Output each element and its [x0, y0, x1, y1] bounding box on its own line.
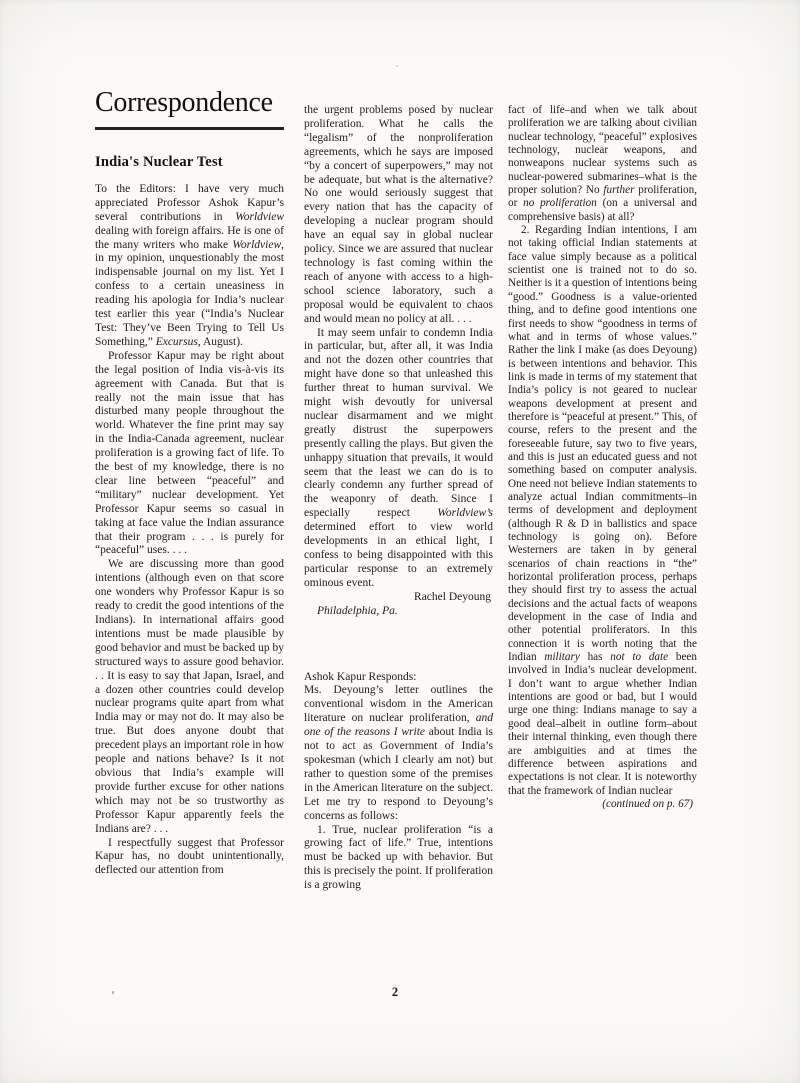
scan-artifact — [396, 65, 398, 67]
signature-name: Rachel Deyoung — [304, 591, 493, 605]
response-paragraph: Ms. Deyoung’s letter outlines the conven… — [304, 684, 493, 823]
section-title: Correspondence — [95, 88, 284, 118]
signature-place: Philadelphia, Pa. — [304, 605, 493, 619]
continued-note: (continued on p. 67) — [508, 798, 697, 811]
column-2: the urgent problems posed by nuclear pro… — [304, 104, 493, 988]
letter-paragraph: the urgent problems posed by nuclear pro… — [304, 104, 493, 327]
masthead-rule — [95, 127, 284, 130]
letter-paragraph: We are discussing more than good intenti… — [95, 558, 284, 836]
column-1: Correspondence India's Nuclear Test To t… — [95, 88, 284, 980]
letter-paragraph: I respectfully suggest that Professor Ka… — [95, 837, 284, 879]
letter-paragraph: Professor Kapur may be right about the l… — [95, 350, 284, 559]
letter-heading: India's Nuclear Test — [95, 156, 284, 170]
letter-paragraph: To the Editors: I have very much appreci… — [95, 183, 284, 350]
letter-paragraph: It may seem unfair to condemn India in p… — [304, 327, 493, 591]
scan-artifact — [112, 991, 114, 994]
journal-page: Correspondence India's Nuclear Test To t… — [0, 0, 800, 1083]
column-3: fact of life–and when we talk about prol… — [508, 104, 697, 952]
response-paragraph: 2. Regarding Indian intentions, I am not… — [508, 224, 697, 798]
response-paragraph: fact of life–and when we talk about prol… — [508, 104, 697, 224]
response-paragraph: 1. True, nuclear proliferation “is a gro… — [304, 824, 493, 894]
page-number: 2 — [95, 985, 695, 1000]
response-heading: Ashok Kapur Responds: — [304, 671, 493, 685]
